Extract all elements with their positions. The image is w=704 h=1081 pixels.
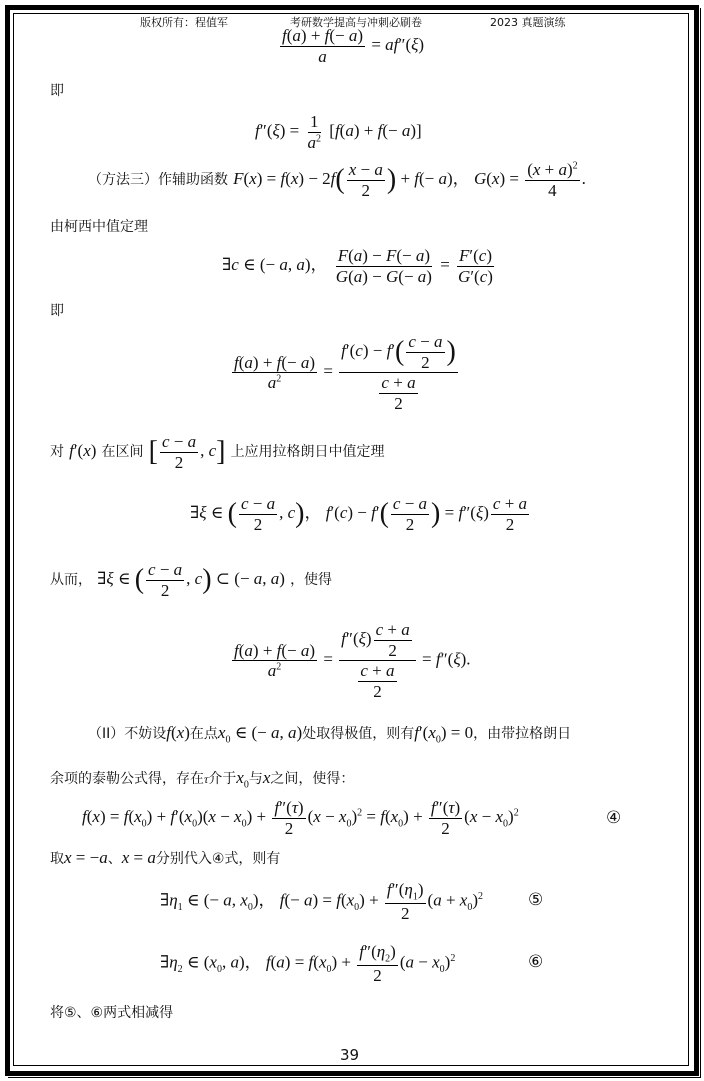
page-number: 39	[340, 1046, 359, 1064]
lagrange-suffix: 上应用拉格朗日中值定理	[231, 444, 385, 460]
equation-6: ∃η2 ∈ (x0, a)， f(a) = f(x0) + f″(η2)2(a …	[160, 942, 455, 985]
header-copyright: 版权所有：程值军	[140, 14, 228, 30]
thus-prefix: 从而，	[50, 572, 92, 588]
equation-tag-4: ④	[606, 808, 621, 828]
text-ji-1: 即	[50, 80, 64, 100]
thus-line: 从而， ∃ξ ∈ (c − a2, c) ⊂ (− a, a) ，使得	[50, 560, 332, 600]
sub-a: 取	[50, 851, 64, 867]
part2-line2-c: 与	[249, 771, 263, 787]
equation-5: ∃η1 ∈ (− a, x0)， f(− a) = f(x0) + f″(η1)…	[160, 880, 483, 923]
thus-suffix: ，使得	[290, 572, 332, 588]
lagrange-prefix: 对	[50, 444, 64, 460]
part2-line2-b: 介于	[208, 771, 236, 787]
sub-b: 、	[108, 851, 122, 867]
lagrange-mid: 在区间	[102, 444, 144, 460]
equation-top: f(a) + f(− a)a = af″(ξ)	[278, 26, 424, 66]
sub-c: 分别代入④式，则有	[156, 851, 281, 867]
text-final: 将⑤、⑥两式相减得	[50, 1002, 173, 1022]
equation-tag-6: ⑥	[528, 952, 543, 972]
part2-line1: （II）不妨设f(x)在点x0 ∈ (− a, a)处取得极值，则有f′(x0)…	[88, 723, 571, 745]
part2-b: 在点	[190, 726, 218, 742]
equation-1: f″(ξ) = 1a2 [f(a) + f(− a)]	[255, 112, 422, 152]
text-cauchy: 由柯西中值定理	[50, 216, 148, 236]
part2-line2-a: 余项的泰勒公式得，存在	[50, 771, 204, 787]
text-ji-2: 即	[50, 300, 64, 320]
part2-d: ，由带拉格朗日	[473, 726, 571, 742]
substitution-line: 取x = −a、x = a分别代入④式，则有	[50, 848, 280, 868]
method3-line: （方法三）作辅助函数 F(x) = f(x) − 2f(x − a2) + f(…	[88, 160, 586, 200]
equation-taylor: f(x) = f(x0) + f′(x0)(x − x0) + f″(τ)2(x…	[82, 798, 519, 838]
header-section: 2023 真题演练	[490, 14, 566, 30]
equation-lagrange: ∃ξ ∈ (c − a2, c)， f′(c) − f′(c − a2) = f…	[190, 494, 531, 534]
equation-cauchy: ∃c ∈ (− a, a)， F(a) − F(− a)G(a) − G(− a…	[222, 246, 497, 286]
method3-prefix: （方法三）作辅助函数	[88, 172, 228, 188]
part2-line2: 余项的泰勒公式得，存在τ介于x0与x之间，使得：	[50, 768, 354, 790]
part2-line2-d: 之间，使得：	[270, 771, 354, 787]
equation-tag-5: ⑤	[528, 890, 543, 910]
equation-3: f(a) + f(− a)a2 = f″(ξ)c + a2c + a2 = f″…	[230, 620, 471, 701]
equation-2: f(a) + f(− a)a2 = f′(c) − f′(c − a2)c + …	[230, 332, 460, 413]
lagrange-line: 对 f′(x) 在区间 [c − a2, c] 上应用拉格朗日中值定理	[50, 432, 385, 472]
part2-c: 处取得极值，则有	[302, 726, 414, 742]
part2-a: （II）不妨设	[88, 726, 166, 742]
